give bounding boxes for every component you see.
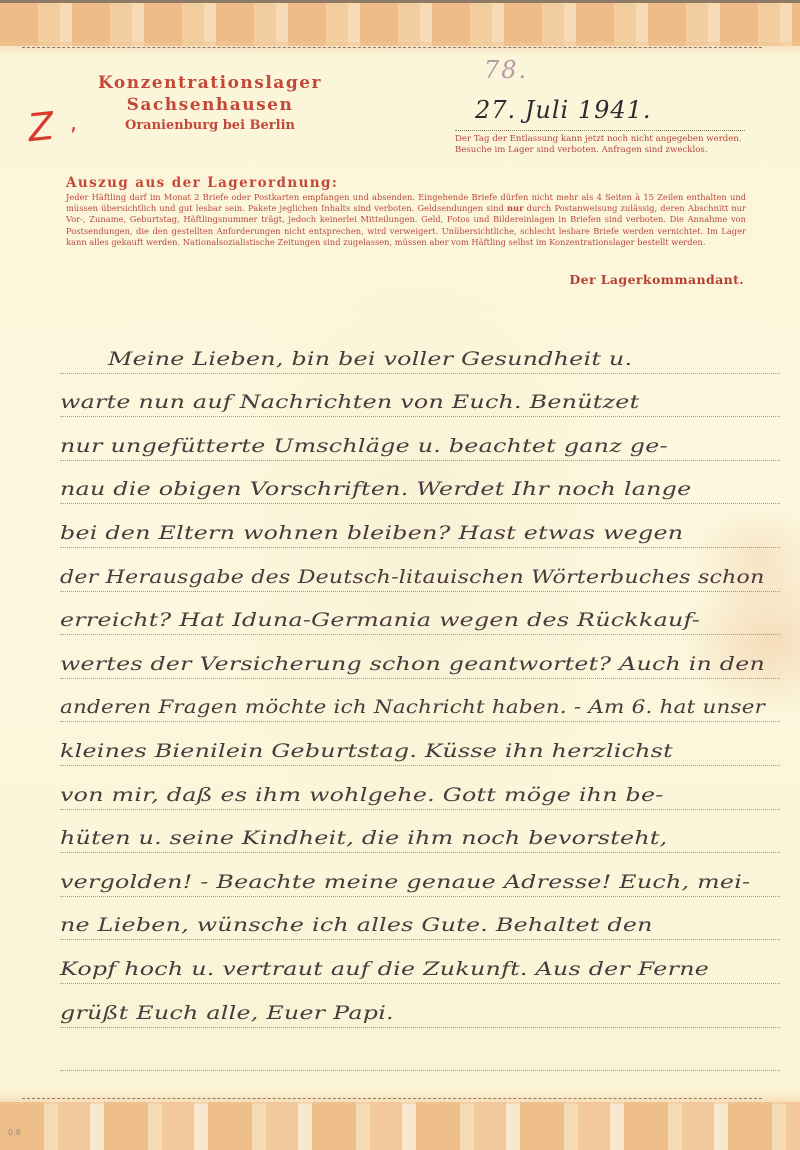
- handwritten-text: anderen Fragen möchte ich Nachricht habe…: [60, 696, 765, 718]
- letter-line: anderen Fragen möchte ich Nachricht habe…: [60, 679, 780, 723]
- handwritten-text: warte nun auf Nachrichten von Euch. Benü…: [60, 391, 639, 413]
- letter-line: bei den Eltern wohnen bleiben? Hast etwa…: [60, 504, 780, 548]
- regulations-title: Auszug aus der Lagerordnung:: [66, 175, 338, 191]
- reference-number: 78.: [484, 56, 528, 84]
- handwritten-text: wertes der Versicherung schon geantworte…: [60, 653, 765, 675]
- handwritten-text: erreicht? Hat Iduna-Germania wegen des R…: [60, 609, 700, 631]
- letter-line: Meine Lieben, bin bei voller Gesundheit …: [60, 330, 780, 374]
- letter-line: wertes der Versicherung schon geantworte…: [60, 635, 780, 679]
- handwritten-text: kleines Bienilein Geburtstag. Küsse ihn …: [60, 740, 673, 762]
- bottom-edge-stain: [0, 1102, 800, 1150]
- letter-line: von mir, daß es ihm wohlgehe. Gott möge …: [60, 766, 780, 810]
- letter-line: der Herausgabe des Deutsch-litauischen W…: [60, 548, 780, 592]
- red-pencil-mark: Z: [26, 104, 57, 150]
- handwritten-text: nau die obigen Vorschriften. Werdet Ihr …: [60, 478, 691, 500]
- date-line: [455, 130, 745, 131]
- letter-line: nur ungefütterte Umschläge u. beachtet g…: [60, 417, 780, 461]
- handwritten-text: vergolden! - Beachte meine genaue Adress…: [60, 871, 750, 893]
- camp-name-line2: Sachsenhausen: [60, 94, 360, 116]
- handwritten-text: grüßt Euch alle, Euer Papi.: [60, 1002, 394, 1024]
- handwritten-text: hüten u. seine Kindheit, die ihm noch be…: [60, 827, 667, 849]
- regulations-text: Jeder Häftling darf im Monat 2 Briefe od…: [66, 192, 746, 248]
- commandant-signature: Der Lagerkommandant.: [569, 272, 744, 287]
- letter-line: nau die obigen Vorschriften. Werdet Ihr …: [60, 461, 780, 505]
- corner-mark: 0.8: [8, 1128, 21, 1137]
- handwritten-text: der Herausgabe des Deutsch-litauischen W…: [60, 566, 765, 588]
- handwritten-text: nur ungefütterte Umschläge u. beachtet g…: [60, 435, 668, 457]
- handwritten-letter-body: Meine Lieben, bin bei voller Gesundheit …: [60, 330, 780, 1071]
- letter-line-empty: [60, 1028, 780, 1072]
- handwritten-text: Kopf hoch u. vertraut auf die Zukunft. A…: [60, 958, 709, 980]
- letter-line: vergolden! - Beachte meine genaue Adress…: [60, 853, 780, 897]
- letter-line: Kopf hoch u. vertraut auf die Zukunft. A…: [60, 940, 780, 984]
- top-edge-stain: [0, 0, 800, 46]
- handwritten-text: bei den Eltern wohnen bleiben? Hast etwa…: [60, 522, 683, 544]
- camp-name-line1: Konzentrationslager: [60, 72, 360, 94]
- letter-line: hüten u. seine Kindheit, die ihm noch be…: [60, 810, 780, 854]
- letter-line: kleines Bienilein Geburtstag. Küsse ihn …: [60, 722, 780, 766]
- release-date-note: Der Tag der Entlassung kann jetzt noch n…: [455, 134, 755, 156]
- regulations-emphasis: nur: [507, 203, 523, 213]
- camp-header: Konzentrationslager Sachsenhausen Oranie…: [60, 72, 360, 136]
- letter-line: erreicht? Hat Iduna-Germania wegen des R…: [60, 592, 780, 636]
- handwritten-date: 27. Juli 1941.: [455, 96, 765, 124]
- handwritten-text: ne Lieben, wünsche ich alles Gute. Behal…: [60, 914, 653, 936]
- handwritten-text: von mir, daß es ihm wohlgehe. Gott möge …: [60, 784, 664, 806]
- top-perforation-line: [22, 47, 762, 48]
- top-edge: [0, 0, 800, 3]
- letter-line: warte nun auf Nachrichten von Euch. Benü…: [60, 374, 780, 418]
- bottom-perforation-line: [22, 1098, 762, 1099]
- camp-location: Oranienburg bei Berlin: [60, 116, 360, 136]
- letter-line: grüßt Euch alle, Euer Papi.: [60, 984, 780, 1028]
- letter-line: ne Lieben, wünsche ich alles Gute. Behal…: [60, 897, 780, 941]
- handwritten-text: Meine Lieben, bin bei voller Gesundheit …: [108, 348, 632, 370]
